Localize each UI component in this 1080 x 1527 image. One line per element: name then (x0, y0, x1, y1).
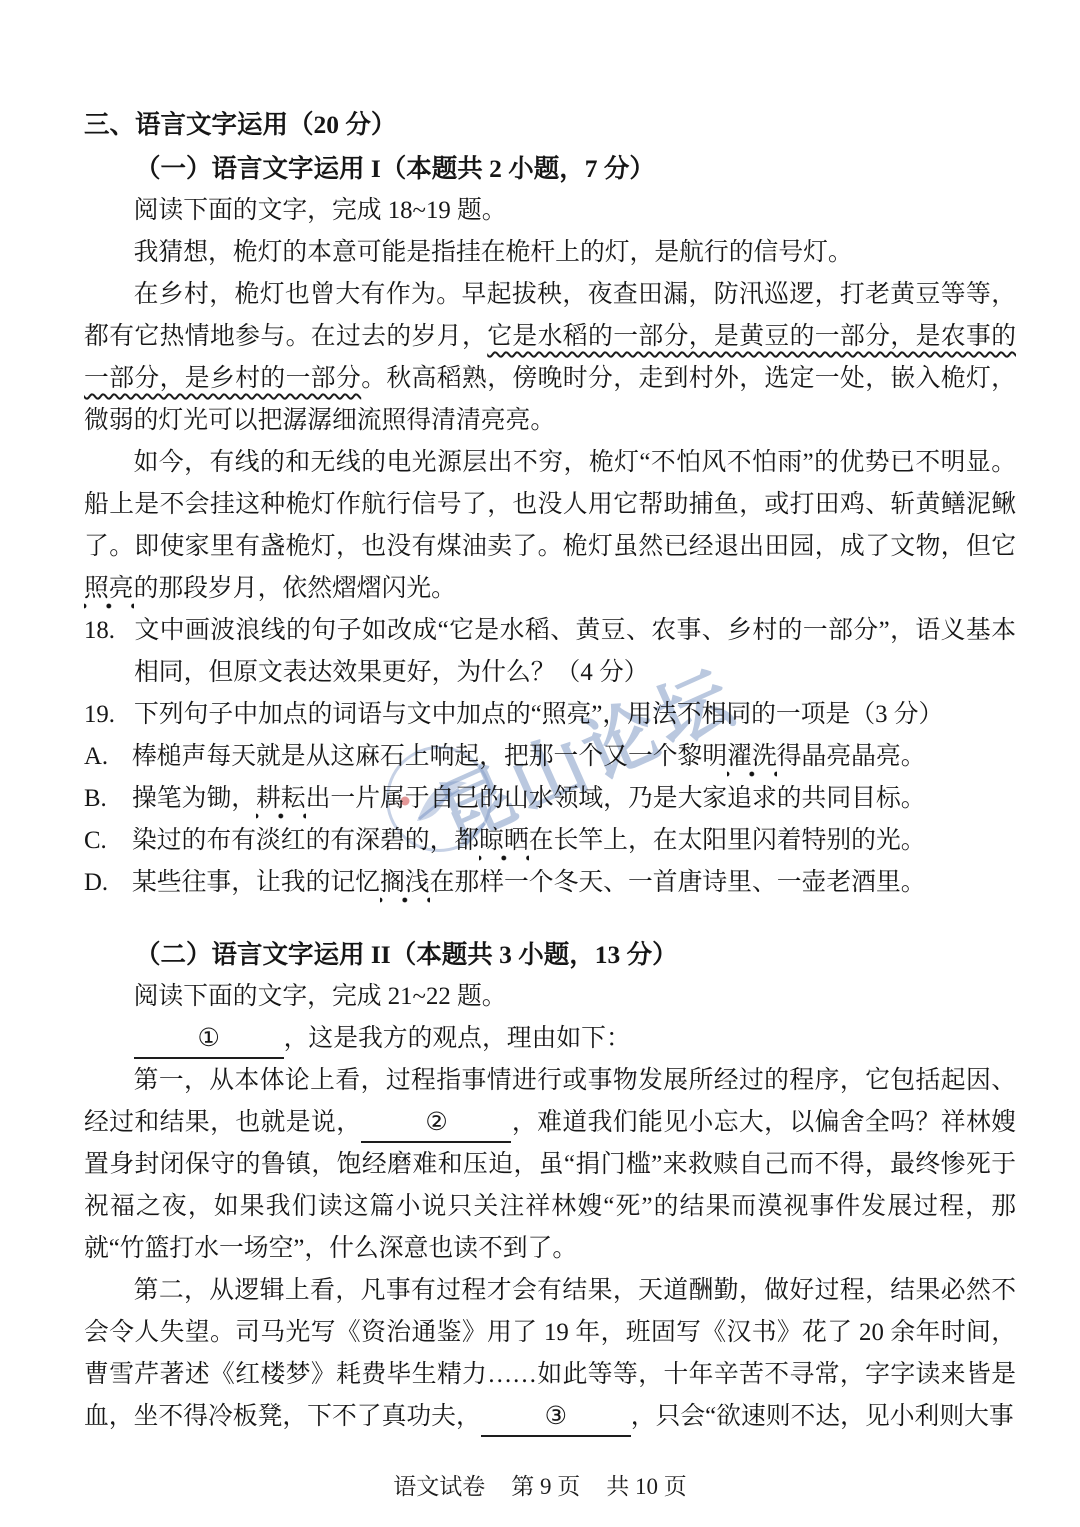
dot-emphasized-word: 照亮 (84, 575, 134, 610)
option-d-label: D. (84, 862, 132, 904)
passage2-paragraph-3: 第二，从逻辑上看，凡事有过程才会有结果，天道酬勤，做好过程，结果必然不会令人失望… (84, 1270, 1016, 1438)
text-run: 操笔为锄， (132, 785, 256, 812)
answer-blank: ② (361, 1105, 511, 1143)
part1-heading: （一）语言文字运用 I（本题共 2 小题，7 分） (84, 148, 1016, 190)
option-b-label: B. (84, 778, 132, 820)
option-b: B.操笔为锄，耕耘出一片属于自己的山水领域，乃是大家追求的共同目标。 (84, 778, 1016, 820)
part2-heading: （二）语言文字运用 II（本题共 3 小题，13 分） (84, 934, 1016, 976)
text-run: 某些往事，让我的记忆 (132, 869, 380, 896)
option-d: D.某些往事，让我的记忆搁浅在那样一个冬天、一首唐诗里、一壶老酒里。 (84, 862, 1016, 904)
question-19-text: 下列句子中加点的词语与文中加点的“照亮”，用法不相同的一项是（3 分） (134, 701, 943, 728)
dot-emphasized-word: 濯洗 (727, 743, 777, 778)
text-run: 得晶亮晶亮。 (777, 743, 926, 770)
text-run: 染过的布有淡红的有深碧的，都 (132, 827, 479, 854)
text-run: 文中画波浪线的句子如改成“它是水稻、黄豆、农事、乡村的一部分”，语义基本相同，但… (134, 617, 1016, 686)
dot-emphasized-word: 耕耘 (256, 785, 306, 820)
option-a-text: 棒槌声每天就是从这麻石上响起，把那一个又一个黎明濯洗得晶亮晶亮。 (132, 743, 926, 778)
passage1-paragraph-1: 我猜想，桅灯的本意可能是指挂在桅杆上的灯，是航行的信号灯。 (84, 232, 1016, 274)
footer-total-pages: 共 10 页 (606, 1474, 687, 1499)
option-d-text: 某些往事，让我的记忆搁浅在那样一个冬天、一首唐诗里、一壶老酒里。 (132, 869, 926, 904)
text-run: ，只会“欲速则不达，见小利则大事 (631, 1403, 1014, 1430)
option-c-text: 染过的布有淡红的有深碧的，都晾晒在长竿上，在太阳里闪着特别的光。 (132, 827, 926, 862)
text-run: 在那样一个冬天、一首唐诗里、一壶老酒里。 (430, 869, 926, 896)
page-footer: 语文试卷第 9 页共 10 页 (0, 1468, 1080, 1501)
text-run: 的那段岁月，依然熠熠闪光。 (134, 575, 456, 602)
option-b-text: 操笔为锄，耕耘出一片属于自己的山水领域，乃是大家追求的共同目标。 (132, 785, 926, 820)
part1-instruction: 阅读下面的文字，完成 18~19 题。 (84, 190, 1016, 232)
answer-blank: ③ (481, 1399, 631, 1437)
option-a: A.棒槌声每天就是从这麻石上响起，把那一个又一个黎明濯洗得晶亮晶亮。 (84, 736, 1016, 778)
question-18-number: 18. (84, 610, 134, 652)
text-run: 在长竿上，在太阳里闪着特别的光。 (529, 827, 926, 854)
passage2-paragraph-1: ①，这是我方的观点，理由如下： (84, 1018, 1016, 1060)
question-18: 18.文中画波浪线的句子如改成“它是水稻、黄豆、农事、乡村的一部分”，语义基本相… (84, 610, 1016, 694)
exam-page: 三、语言文字运用（20 分） （一）语言文字运用 I（本题共 2 小题，7 分）… (0, 0, 1080, 1438)
passage1-paragraph-2: 在乡村，桅灯也曾大有作为。早起拔秧，夜查田漏，防汛巡逻，打老黄豆等等，都有它热情… (84, 274, 1016, 442)
option-a-label: A. (84, 736, 132, 778)
text-run: ，这是我方的观点，理由如下： (284, 1025, 631, 1052)
footer-exam-name: 语文试卷 (393, 1474, 485, 1499)
dot-emphasized-word: 晾晒 (479, 827, 529, 862)
answer-blank: ① (134, 1021, 284, 1059)
option-c: C.染过的布有淡红的有深碧的，都晾晒在长竿上，在太阳里闪着特别的光。 (84, 820, 1016, 862)
dot-emphasized-word: 搁浅 (380, 869, 430, 904)
question-19: 19.下列句子中加点的词语与文中加点的“照亮”，用法不相同的一项是（3 分） (84, 694, 1016, 736)
passage2-paragraph-2: 第一，从本体论上看，过程指事情进行或事物发展所经过的程序，它包括起因、经过和结果… (84, 1060, 1016, 1270)
text-run: 我猜想，桅灯的本意可能是指挂在桅杆上的灯，是航行的信号灯。 (134, 239, 853, 266)
option-c-label: C. (84, 820, 132, 862)
text-run: 如今，有线的和无线的电光源层出不穷，桅灯“不怕风不怕雨”的优势已不明显。船上是不… (84, 449, 1016, 560)
section-title: 三、语言文字运用（20 分） (84, 104, 1016, 146)
footer-page-number: 第 9 页 (511, 1474, 580, 1499)
passage1-paragraph-3: 如今，有线的和无线的电光源层出不穷，桅灯“不怕风不怕雨”的优势已不明显。船上是不… (84, 442, 1016, 610)
part2-instruction: 阅读下面的文字，完成 21~22 题。 (84, 976, 1016, 1018)
question-19-number: 19. (84, 694, 134, 736)
text-run: 出一片属于自己的山水领域，乃是大家追求的共同目标。 (306, 785, 926, 812)
text-run: 下列句子中加点的词语与文中加点的“照亮”，用法不相同的一项是（3 分） (134, 701, 943, 728)
question-18-text: 文中画波浪线的句子如改成“它是水稻、黄豆、农事、乡村的一部分”，语义基本相同，但… (134, 617, 1016, 686)
text-run: 棒槌声每天就是从这麻石上响起，把那一个又一个黎明 (132, 743, 727, 770)
